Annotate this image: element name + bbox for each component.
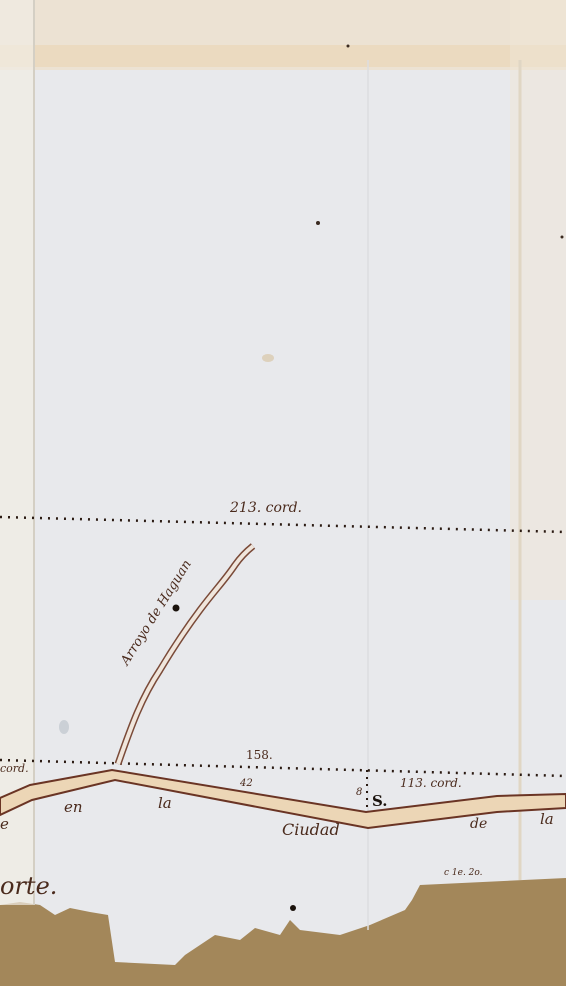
- distance-label-113: 113. cord.: [400, 776, 462, 790]
- segment-label-8: 8: [356, 787, 362, 798]
- bottom-marks: c 1e. 2o.: [444, 868, 483, 878]
- left-fragment-label: cord.: [0, 762, 29, 775]
- word-en: en: [64, 798, 83, 816]
- word-la-right: la: [540, 810, 554, 828]
- word-de: de: [470, 816, 487, 832]
- segment-label-42: 42: [240, 778, 253, 789]
- distance-label-158: 158.: [246, 748, 273, 762]
- word-la: la: [158, 794, 172, 812]
- word-ciudad: Ciudad: [282, 820, 340, 839]
- word-norte: orte.: [0, 872, 57, 900]
- distance-label-213: 213. cord.: [230, 500, 302, 516]
- survey-point-s: S.: [372, 792, 388, 810]
- left-edge-char: e: [0, 815, 9, 833]
